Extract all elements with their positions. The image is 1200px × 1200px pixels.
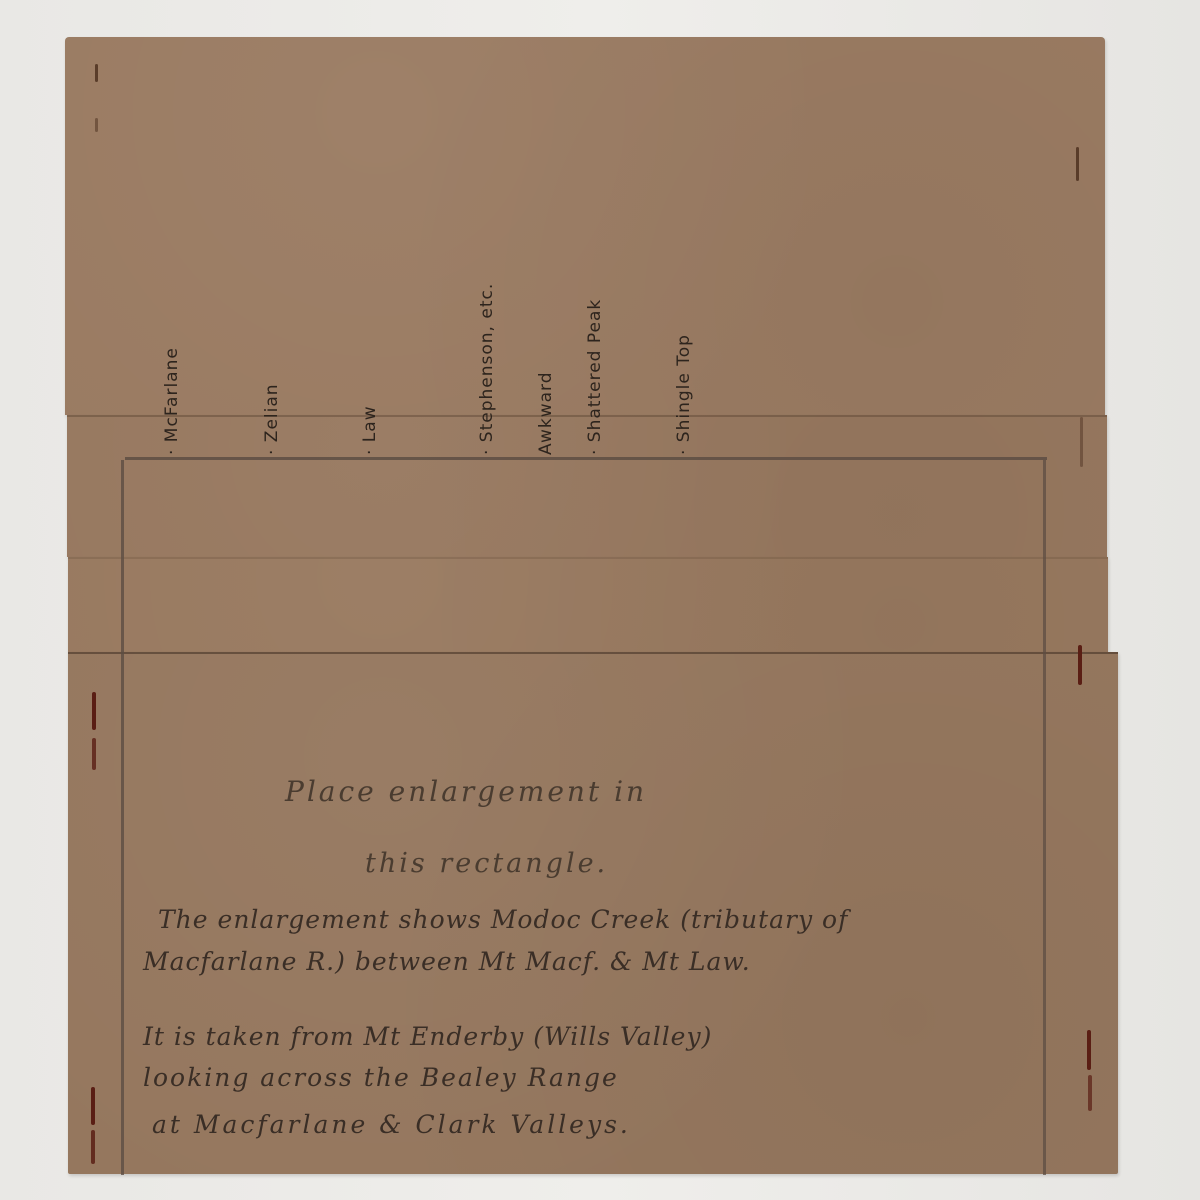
instruction-line-2: this rectangle. bbox=[365, 848, 608, 879]
peak-label-text: McFarlane bbox=[162, 347, 182, 442]
note-line-3: It is taken from Mt Enderby (Wills Valle… bbox=[143, 1022, 712, 1051]
peak-label: · Shingle Top bbox=[674, 334, 694, 455]
note-line-2: Macfarlane R.) between Mt Macf. & Mt Law… bbox=[143, 947, 751, 976]
peak-label-text: Shingle Top bbox=[674, 334, 694, 442]
card-fold-panel-2 bbox=[68, 557, 1108, 653]
thread-stitch bbox=[92, 738, 96, 770]
thread-stitch bbox=[1078, 645, 1082, 685]
enlargement-rectangle-right bbox=[1043, 460, 1046, 1175]
enlargement-rectangle-top bbox=[125, 457, 1047, 460]
peak-label: · McFarlane bbox=[162, 347, 182, 455]
instruction-line-1: Place enlargement in bbox=[285, 775, 647, 808]
punch-hole bbox=[95, 118, 98, 132]
peak-label: · Shattered Peak bbox=[585, 299, 605, 455]
enlargement-rectangle-left bbox=[121, 460, 124, 1175]
thread-stitch bbox=[92, 692, 96, 730]
peak-label-text: Law bbox=[360, 405, 380, 442]
thread-stitch bbox=[1088, 1075, 1092, 1111]
peak-label: Awkward bbox=[536, 372, 556, 456]
note-line-5: at Macfarlane & Clark Valleys. bbox=[152, 1110, 631, 1139]
punch-hole bbox=[1076, 147, 1079, 181]
peak-label-text: Shattered Peak bbox=[585, 299, 605, 442]
fold-edge bbox=[68, 652, 1118, 654]
punch-hole bbox=[95, 64, 98, 82]
thread-stitch bbox=[91, 1130, 95, 1164]
note-line-1: The enlargement shows Modoc Creek (tribu… bbox=[158, 905, 848, 934]
thread-stitch bbox=[91, 1087, 95, 1125]
peak-label: · Law bbox=[360, 405, 380, 455]
peak-label: · Zelian bbox=[262, 383, 282, 455]
fold-crease bbox=[68, 557, 1108, 559]
peak-label-text: Zelian bbox=[262, 383, 282, 442]
peak-label-text: Stephenson, etc. bbox=[477, 283, 497, 442]
note-line-4: looking across the Bealey Range bbox=[143, 1063, 619, 1092]
thread-stitch bbox=[1087, 1030, 1091, 1070]
peak-label-text: Awkward bbox=[536, 372, 556, 456]
punch-hole bbox=[1080, 417, 1083, 467]
peak-label: · Stephenson, etc. bbox=[477, 283, 497, 455]
